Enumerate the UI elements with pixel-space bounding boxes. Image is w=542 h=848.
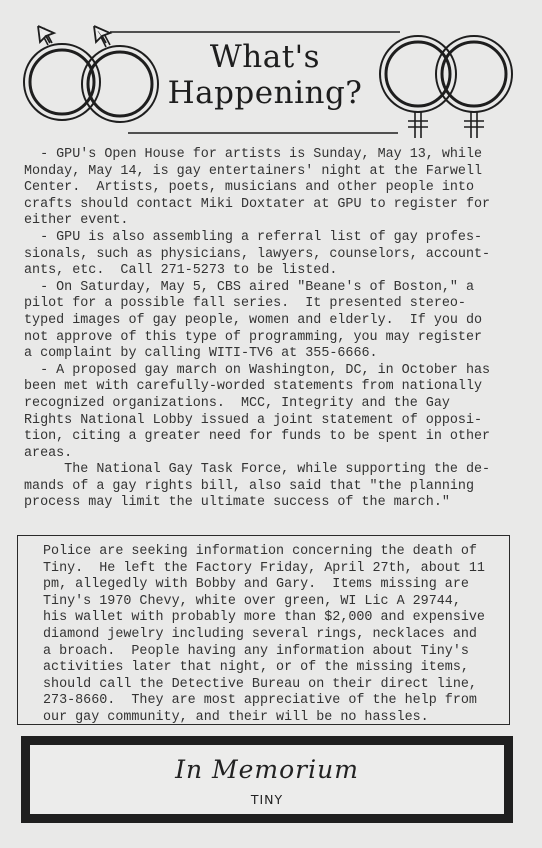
police-line: should call the Detective Bureau on thei…: [43, 677, 485, 694]
police-line: activities later that night, or of the m…: [43, 660, 485, 677]
page-title-line1: What's: [150, 40, 380, 74]
article-line: - On Saturday, May 5, CBS aired "Beane's…: [24, 280, 524, 297]
police-line: a broach. People having any information …: [43, 644, 485, 661]
police-notice-text: Police are seeking information concernin…: [43, 544, 485, 727]
female-symbols-icon: [380, 36, 512, 138]
police-line: his wallet with probably more than $2,00…: [43, 610, 485, 627]
police-notice-box: Police are seeking information concernin…: [17, 535, 510, 725]
article-line: sionals, such as physicians, lawyers, co…: [24, 247, 524, 264]
police-line: Police are seeking information concernin…: [43, 544, 485, 561]
article-line: been met with carefully-worded statement…: [24, 379, 524, 396]
article-line: ants, etc. Call 271-5273 to be listed.: [24, 263, 524, 280]
police-line: 273-8660. They are most appreciative of …: [43, 693, 485, 710]
article-line: tion, citing a greater need for funds to…: [24, 429, 524, 446]
article-line: - GPU is also assembling a referral list…: [24, 230, 524, 247]
article-line: process may limit the ultimate success o…: [24, 495, 524, 512]
article-line: typed images of gay people, women and el…: [24, 313, 524, 330]
article-line: Center. Artists, poets, musicians and ot…: [24, 180, 524, 197]
police-line: our gay community, and their will be no …: [43, 710, 485, 727]
article-line: either event.: [24, 213, 524, 230]
article-line: crafts should contact Miki Doxtater at G…: [24, 197, 524, 214]
article-line: areas.: [24, 446, 524, 463]
article-line: The National Gay Task Force, while suppo…: [24, 462, 524, 479]
memorial-name: TINY: [30, 792, 504, 807]
article-line: mands of a gay rights bill, also said th…: [24, 479, 524, 496]
police-line: pm, allegedly with Bobby and Gary. Items…: [43, 577, 485, 594]
article-line: - GPU's Open House for artists is Sunday…: [24, 147, 524, 164]
police-line: Tiny's 1970 Chevy, white over green, WI …: [43, 594, 485, 611]
article-line: Monday, May 14, is gay entertainers' nig…: [24, 164, 524, 181]
memorial-title: In Memorium: [30, 755, 504, 784]
header-banner: What's Happening?: [0, 0, 542, 150]
police-line: Tiny. He left the Factory Friday, April …: [43, 561, 485, 578]
article-line: not approve of this type of programming,…: [24, 330, 524, 347]
article-line: - A proposed gay march on Washington, DC…: [24, 363, 524, 380]
article-line: pilot for a possible fall series. It pre…: [24, 296, 524, 313]
article-line: a complaint by calling WITI-TV6 at 355-6…: [24, 346, 524, 363]
memorial-box: In Memorium TINY: [21, 736, 513, 823]
male-symbols-icon: [24, 26, 158, 122]
article-line: recognized organizations. MCC, Integrity…: [24, 396, 524, 413]
page-title-line2: Happening?: [150, 76, 380, 110]
police-line: diamond jewelry including several rings,…: [43, 627, 485, 644]
article-body: - GPU's Open House for artists is Sunday…: [24, 147, 524, 512]
article-line: Rights National Lobby issued a joint sta…: [24, 413, 524, 430]
